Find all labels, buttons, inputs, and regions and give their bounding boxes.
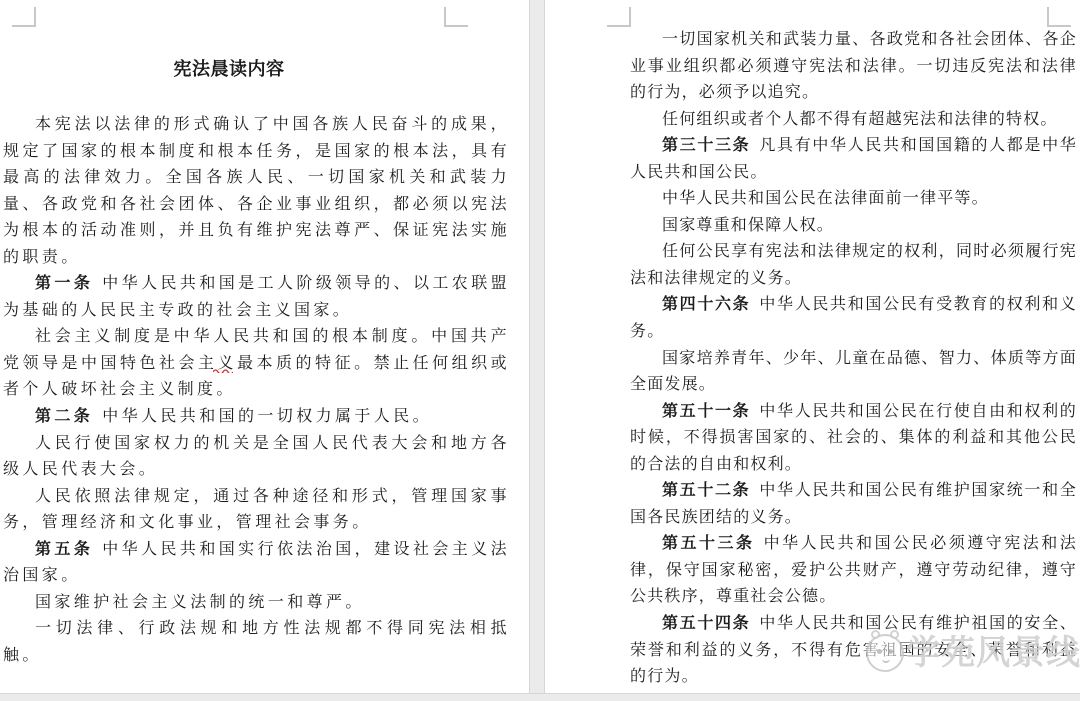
paragraph: 第二条中华人民共和国的一切权力属于人民。 (3, 404, 510, 431)
paragraph: 第四十六条中华人民共和国公民有受教育的权利和义务。 (630, 292, 1077, 345)
article-number: 第四十六条 (662, 296, 750, 313)
paragraph: 社会主义制度是中华人民共和国的根本制度。中国共产党领导是中国特色社会主义最本质的… (3, 324, 510, 404)
article-number: 第五十三条 (662, 535, 755, 552)
article-number: 第二条 (35, 408, 93, 425)
paragraph: 第五十二条中华人民共和国公民有维护国家统一和全国各民族团结的义务。 (630, 478, 1077, 531)
spellcheck-squiggle (213, 368, 233, 373)
paragraph: 中华人民共和国公民在法律面前一律平等。 (630, 186, 1077, 213)
document-title[interactable]: 宪法晨读内容 (0, 56, 458, 84)
page-right: 一切国家机关和武装力量、各政党和各社会团体、各企业事业组织都必须遵守宪法和法律。… (545, 0, 1080, 693)
paragraph: 一切法律、行政法规和地方性法规都不得同宪法相抵触。 (3, 616, 510, 669)
paragraph: 第五十四条中华人民共和国公民有维护祖国的安全、荣誉和利益的义务，不得有危害祖国的… (630, 611, 1077, 691)
paragraph: 第三十三条凡具有中华人民共和国国籍的人都是中华人民共和国公民。 (630, 133, 1077, 186)
article-number: 第三十三条 (662, 137, 750, 154)
article-number: 第五十一条 (662, 403, 750, 420)
article-number: 第五十四条 (662, 615, 750, 632)
paragraph: 一切国家机关和武装力量、各政党和各社会团体、各企业事业组织都必须遵守宪法和法律。… (630, 27, 1077, 107)
article-number: 第一条 (35, 275, 93, 292)
page-bottom-strip (0, 693, 1080, 701)
margin-crop-mark (444, 7, 468, 27)
paragraph: 人民行使国家权力的机关是全国人民代表大会和地方各级人民代表大会。 (3, 431, 510, 484)
paragraph: 国家尊重和保障人权。 (630, 213, 1077, 240)
document-viewer: 宪法晨读内容 本宪法以法律的形式确认了中国各族人民奋斗的成果，规定了国家的根本制… (0, 0, 1080, 701)
margin-crop-mark (1047, 7, 1071, 27)
paragraph: 国家培养青年、少年、儿童在品德、智力、体质等方面全面发展。 (630, 346, 1077, 399)
paragraph: 第一条中华人民共和国是工人阶级领导的、以工农联盟为基础的人民民主专政的社会主义国… (3, 271, 510, 324)
page-left-body-text[interactable]: 本宪法以法律的形式确认了中国各族人民奋斗的成果，规定了国家的根本制度和根本任务，… (3, 112, 510, 669)
page-gutter (529, 0, 545, 693)
article-number: 第五十二条 (662, 482, 750, 499)
paragraph: 本宪法以法律的形式确认了中国各族人民奋斗的成果，规定了国家的根本制度和根本任务，… (3, 112, 510, 271)
paragraph: 第五十三条中华人民共和国公民必须遵守宪法和法律，保守国家秘密，爱护公共财产，遵守… (630, 531, 1077, 611)
margin-crop-mark (607, 7, 631, 27)
paragraph: 国家维护社会主义法制的统一和尊严。 (3, 590, 510, 617)
paragraph: 任何组织或者个人都不得有超越宪法和法律的特权。 (630, 107, 1077, 134)
paragraph: 任何公民享有宪法和法律规定的权利，同时必须履行宪法和法律规定的义务。 (630, 239, 1077, 292)
page-right-body-text[interactable]: 一切国家机关和武装力量、各政党和各社会团体、各企业事业组织都必须遵守宪法和法律。… (630, 27, 1077, 691)
paragraph: 第五条中华人民共和国实行依法治国，建设社会主义法治国家。 (3, 537, 510, 590)
article-number: 第五条 (35, 541, 93, 558)
paragraph: 第五十一条中华人民共和国公民在行使自由和权利的时候，不得损害国家的、社会的、集体… (630, 399, 1077, 479)
paragraph: 人民依照法律规定，通过各种途径和形式，管理国家事务，管理经济和文化事业，管理社会… (3, 484, 510, 537)
margin-crop-mark (12, 7, 36, 27)
page-left: 宪法晨读内容 本宪法以法律的形式确认了中国各族人民奋斗的成果，规定了国家的根本制… (0, 0, 529, 693)
